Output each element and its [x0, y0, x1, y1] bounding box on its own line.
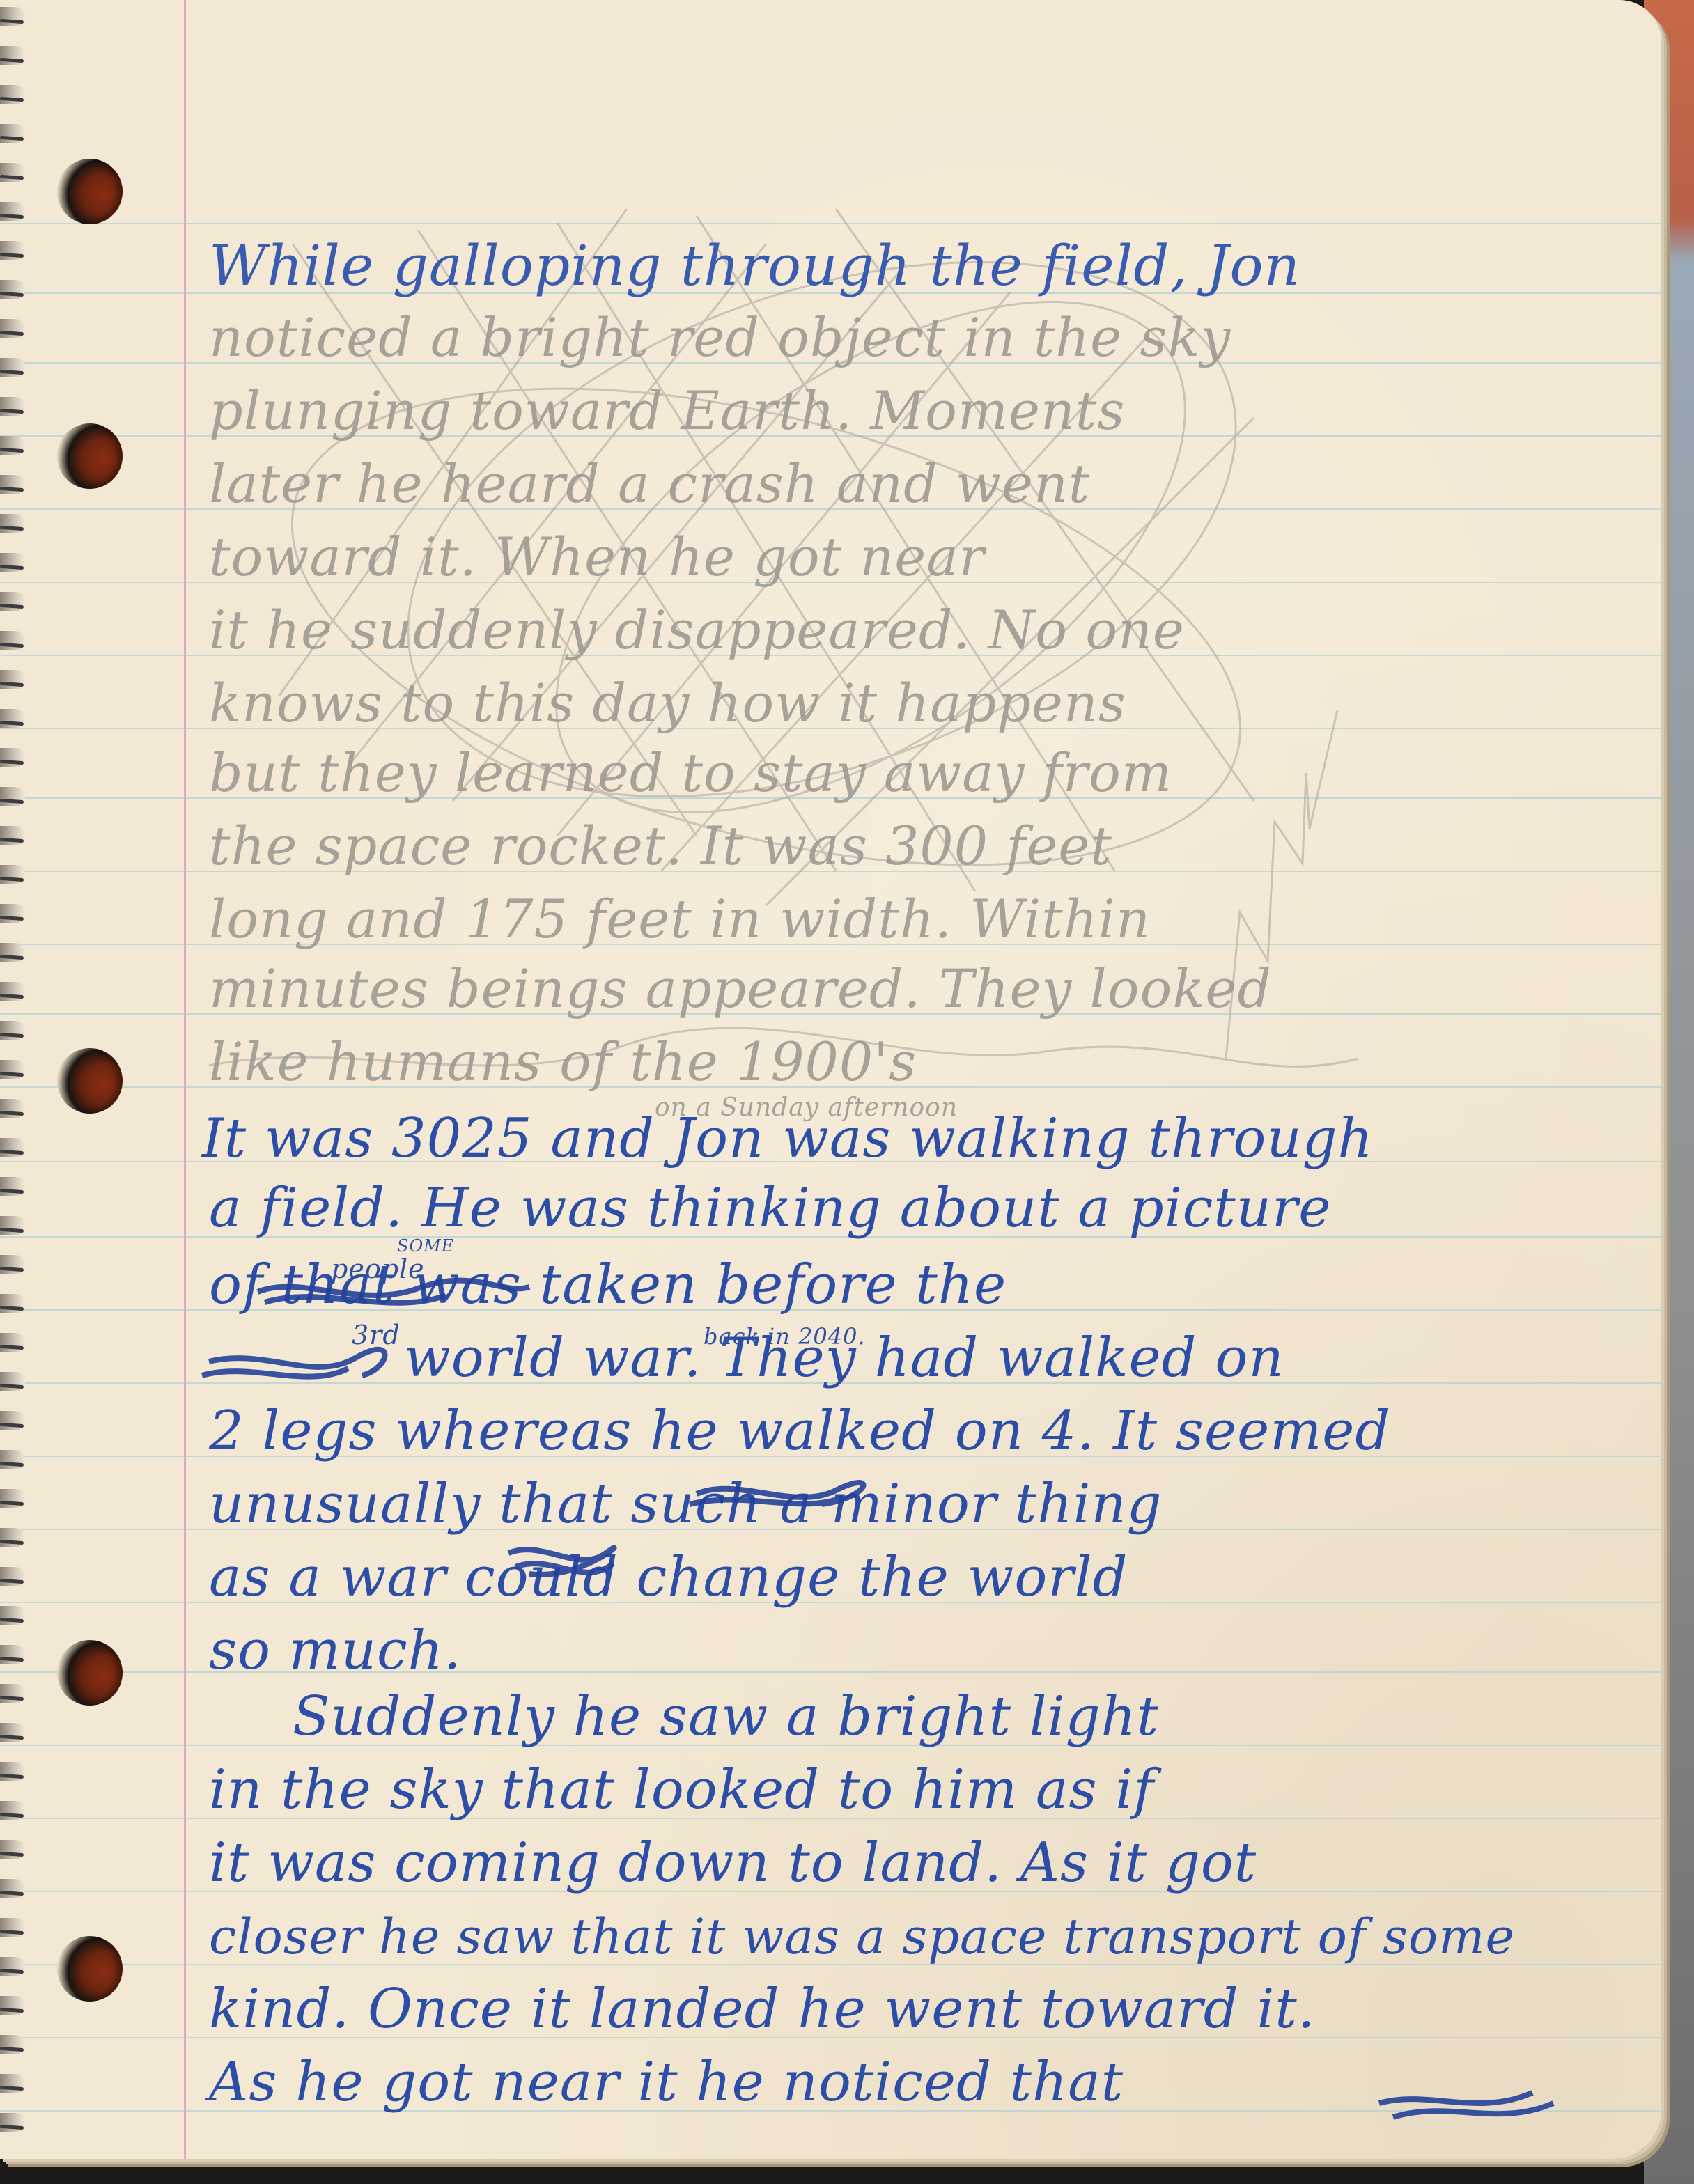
draft-line: later he heard a crash and went — [209, 453, 1090, 515]
draft-line: knows to this day how it happens — [209, 672, 1126, 734]
story-line: in the sky that looked to him as if — [209, 1758, 1154, 1821]
draft-line: the space rocket. It was 300 feet — [209, 815, 1112, 877]
draft-line: While galloping through the field, Jon — [209, 233, 1300, 298]
story-line: 2 legs whereas he walked on 4. It seemed — [209, 1400, 1390, 1462]
story-line: unusually that such a minor thing — [209, 1473, 1163, 1536]
story-line: it was coming down to land. As it got — [209, 1832, 1257, 1894]
draft-line: long and 175 feet in width. Within — [209, 888, 1151, 950]
strikeout-came-from — [1379, 2093, 1553, 2117]
spiral-binding — [0, 0, 28, 2159]
draft-line: it he suddenly disappeared. No one — [209, 599, 1185, 661]
story-line: As he got near it he noticed that — [209, 2051, 1124, 2114]
ruled-line — [0, 223, 1661, 224]
story-line: It was 3025 and Jon was walking through — [202, 1107, 1374, 1170]
notebook-page: While galloping through the field, Jon n… — [0, 0, 1661, 2159]
story-line: a field. He was thinking about a picture — [209, 1177, 1331, 1240]
story-line: closer he saw that it was a space transp… — [209, 1908, 1515, 1965]
story-line: as a war could change the world — [209, 1546, 1128, 1609]
draft-line: minutes beings appeared. They looked — [209, 958, 1272, 1020]
draft-line: plunging toward Earth. Moments — [209, 380, 1125, 442]
punch-hole — [57, 1640, 123, 1706]
story-line: of that was taken before the — [209, 1254, 1007, 1316]
draft-line: like humans of the 1900's — [209, 1031, 917, 1093]
story-line: Suddenly he saw a bright light — [293, 1685, 1159, 1748]
punch-hole — [57, 1936, 123, 2002]
punch-hole — [57, 423, 123, 489]
punch-hole — [57, 159, 123, 224]
story-line: world war. They had walked on — [404, 1327, 1284, 1389]
draft-line: toward it. When he got near — [209, 526, 985, 588]
margin-line — [184, 0, 186, 2159]
draft-line: but they learned to stay away from — [209, 742, 1172, 804]
punch-hole — [57, 1048, 123, 1114]
draft-line: noticed a bright red object in the sky — [209, 306, 1231, 368]
insertion-3rd: 3rd — [352, 1320, 401, 1350]
story-line: kind. Once it landed he went toward it. — [209, 1978, 1316, 2041]
strikeout-2nd — [202, 1350, 385, 1377]
story-line: so much. — [209, 1619, 462, 1682]
